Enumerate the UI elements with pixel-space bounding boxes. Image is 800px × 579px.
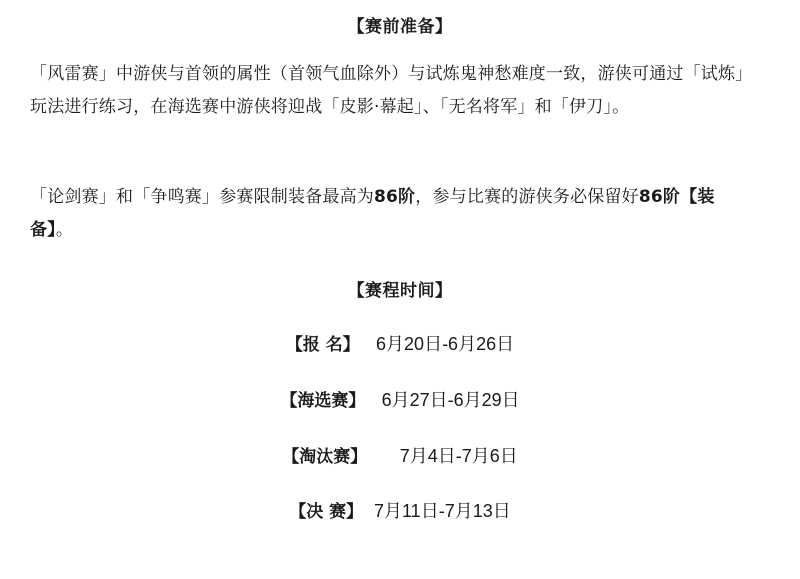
- bold-text: 86阶: [374, 187, 415, 207]
- schedule-label: 【报 名】: [286, 335, 360, 355]
- prep-paragraph-2: 「论剑赛」和「争鸣赛」参赛限制装备最高为86阶，参与比赛的游侠务必保留好86阶【…: [30, 181, 750, 247]
- schedule-dates: 6月27日-6月29日: [382, 390, 520, 410]
- schedule-dates: 6月20日-6月26日: [376, 334, 514, 354]
- schedule-row-audition: 【海选赛】 6月27日-6月29日: [0, 386, 800, 412]
- schedule-row-knockout: 【淘汰赛】 7月4日-7月6日: [0, 442, 800, 468]
- paragraph-text: 「论剑赛」和「争鸣赛」参赛限制装备最高为: [30, 187, 374, 207]
- prep-paragraph-1: 「风雷赛」中游侠与首领的属性（首领气血除外）与试炼鬼神愁难度一致，游侠可通过「试…: [30, 58, 750, 124]
- article: 【赛前准备】 「风雷赛」中游侠与首领的属性（首领气血除外）与试炼鬼神愁难度一致，…: [0, 0, 800, 579]
- schedule-label: 【决 赛】: [289, 502, 363, 522]
- schedule-label: 【海选赛】: [280, 391, 365, 411]
- schedule-dates: 7月11日-7月13日: [374, 501, 511, 521]
- section-title-schedule: 【赛程时间】: [0, 276, 800, 301]
- schedule-dates: 7月4日-7月6日: [400, 446, 518, 466]
- schedule-row-final: 【决 赛】 7月11日-7月13日: [0, 497, 800, 523]
- section-title-prep: 【赛前准备】: [0, 12, 800, 37]
- paragraph-text: ，参与比赛的游侠务必保留好: [415, 187, 639, 207]
- schedule-label: 【淘汰赛】: [282, 447, 367, 467]
- schedule-row-signup: 【报 名】 6月20日-6月26日: [0, 330, 800, 356]
- paragraph-text: 。: [56, 220, 73, 240]
